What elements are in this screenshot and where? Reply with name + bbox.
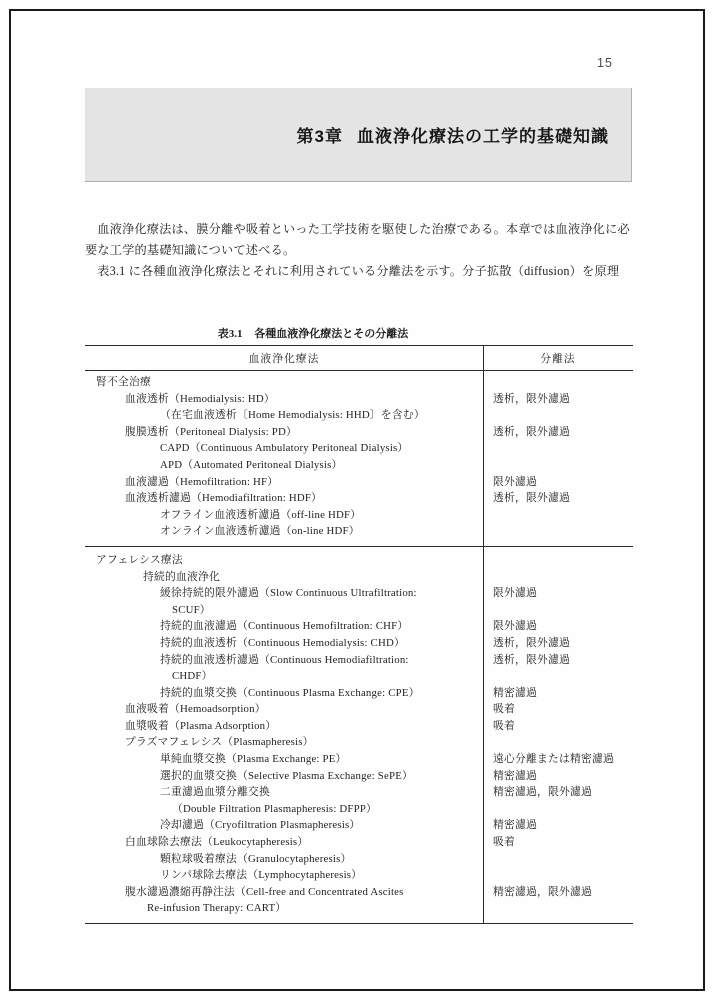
separation-method-cell — [483, 734, 633, 751]
table-row: 冷却濾過（Cryofiltration Plasmapheresis）精密濾過 — [85, 817, 633, 834]
separation-method-cell — [483, 668, 633, 685]
paragraph-line: 血液浄化療法は、膜分離や吸着といった工学技術を駆使した治療である。本章では血液浄… — [85, 219, 637, 240]
table-row: オフライン血液透析濾過（off-line HDF） — [85, 507, 633, 524]
table-row: 血液吸着（Hemoadsorption）吸着 — [85, 701, 633, 718]
therapy-cell: 単純血漿交換（Plasma Exchange: PE） — [85, 751, 483, 768]
therapy-cell: 持続的血漿交換（Continuous Plasma Exchange: CPE） — [85, 685, 483, 702]
chapter-label: 第3章 — [297, 122, 343, 147]
therapy-cell: APD（Automated Peritoneal Dialysis） — [85, 457, 483, 474]
therapy-cell: Re-infusion Therapy: CART） — [85, 900, 483, 917]
therapy-cell: 血漿吸着（Plasma Adsorption） — [85, 718, 483, 735]
table-row: 持続的血液透析濾過（Continuous Hemodiafiltration:透… — [85, 652, 633, 669]
table-row: 腹膜透析（Peritoneal Dialysis: PD）透析，限外濾過 — [85, 424, 633, 441]
therapy-cell: 腹水濾過濃縮再静注法（Cell-free and Concentrated As… — [85, 884, 483, 901]
page-number: 15 — [597, 56, 613, 70]
separation-method-cell: 精密濾過 — [483, 817, 633, 834]
separation-method-cell — [483, 569, 633, 586]
table-row: SCUF） — [85, 602, 633, 619]
table-row: 持続的血漿交換（Continuous Plasma Exchange: CPE）… — [85, 685, 633, 702]
therapy-cell: 持続的血液濾過（Continuous Hemofiltration: CHF） — [85, 618, 483, 635]
therapy-cell: 白血球除去療法（Leukocytapheresis） — [85, 834, 483, 851]
table-row: 血液透析（Hemodialysis: HD）透析，限外濾過 — [85, 391, 633, 408]
separation-method-cell — [483, 851, 633, 868]
therapy-cell: 血液透析（Hemodialysis: HD） — [85, 391, 483, 408]
table-row: 血液透析濾過（Hemodiafiltration: HDF）透析，限外濾過 — [85, 490, 633, 507]
therapy-cell: 血液濾過（Hemofiltration: HF） — [85, 474, 483, 491]
table-caption: 表3.1 各種血液浄化療法とその分離法 — [85, 325, 541, 341]
therapy-cell: （在宅血液透析〔Home Hemodialysis: HHD〕を含む） — [85, 407, 483, 424]
separation-method-cell: 精密濾過，限外濾過 — [483, 784, 633, 801]
therapy-cell: 血液吸着（Hemoadsorption） — [85, 701, 483, 718]
separation-method-cell: 透析，限外濾過 — [483, 490, 633, 507]
therapy-cell: オンライン血液透析濾過（on-line HDF） — [85, 523, 483, 540]
table-row: （Double Filtration Plasmapheresis: DFPP） — [85, 801, 633, 818]
therapy-cell: リンパ球除去療法（Lymphocytapheresis） — [85, 867, 483, 884]
separation-method-cell — [483, 374, 633, 391]
therapy-cell: 腹膜透析（Peritoneal Dialysis: PD） — [85, 424, 483, 441]
separation-method-cell — [483, 602, 633, 619]
table-row: 選択的血漿交換（Selective Plasma Exchange: SePE）… — [85, 768, 633, 785]
table-row: 顆粒球吸着療法（Granulocytapheresis） — [85, 851, 633, 868]
separation-method-cell: 遠心分離または精密濾過 — [483, 751, 633, 768]
therapy-cell: アフェレシス療法 — [85, 552, 483, 569]
separation-method-cell: 限外濾過 — [483, 618, 633, 635]
therapy-cell: 持続的血液透析（Continuous Hemodialysis: CHD） — [85, 635, 483, 652]
therapy-cell: 選択的血漿交換（Selective Plasma Exchange: SePE） — [85, 768, 483, 785]
separation-method-cell — [483, 900, 633, 917]
therapy-cell: 血液透析濾過（Hemodiafiltration: HDF） — [85, 490, 483, 507]
separation-method-cell: 透析，限外濾過 — [483, 391, 633, 408]
table-row: アフェレシス療法 — [85, 547, 633, 569]
separation-method-cell — [483, 440, 633, 457]
chapter-header: 第3章 血液浄化療法の工学的基礎知識 — [85, 88, 632, 182]
separation-method-cell: 吸着 — [483, 834, 633, 851]
therapy-cell: 二重濾過血漿分離交換 — [85, 784, 483, 801]
table-row: リンパ球除去療法（Lymphocytapheresis） — [85, 867, 633, 884]
table-row: 血液濾過（Hemofiltration: HF）限外濾過 — [85, 474, 633, 491]
separation-method-cell: 精密濾過 — [483, 768, 633, 785]
separation-method-cell — [483, 523, 633, 540]
table-row: プラズマフェレシス（Plasmapheresis） — [85, 734, 633, 751]
table-row: （在宅血液透析〔Home Hemodialysis: HHD〕を含む） — [85, 407, 633, 424]
therapy-cell: 冷却濾過（Cryofiltration Plasmapheresis） — [85, 817, 483, 834]
table-header-row: 血液浄化療法 分離法 — [85, 346, 633, 371]
separation-method-cell: 精密濾過，限外濾過 — [483, 884, 633, 901]
separation-method-cell: 透析，限外濾過 — [483, 652, 633, 669]
separation-method-cell: 吸着 — [483, 701, 633, 718]
table-row: Re-infusion Therapy: CART） — [85, 900, 633, 917]
table-row: 持続的血液濾過（Continuous Hemofiltration: CHF）限… — [85, 618, 633, 635]
therapy-cell: 緩徐持続的限外濾過（Slow Continuous Ultrafiltratio… — [85, 585, 483, 602]
therapy-cell: CHDF） — [85, 668, 483, 685]
column-header-therapy: 血液浄化療法 — [85, 351, 483, 366]
separation-method-cell — [483, 507, 633, 524]
table-row: 腎不全治療 — [85, 374, 633, 391]
therapy-cell: 腎不全治療 — [85, 374, 483, 391]
table-row: 腹水濾過濃縮再静注法（Cell-free and Concentrated As… — [85, 884, 633, 901]
table-row: 単純血漿交換（Plasma Exchange: PE）遠心分離または精密濾過 — [85, 751, 633, 768]
intro-paragraphs: 血液浄化療法は、膜分離や吸着といった工学技術を駆使した治療である。本章では血液浄… — [85, 219, 637, 282]
separation-method-cell — [483, 552, 633, 569]
separation-method-cell — [483, 801, 633, 818]
table-row: 持続的血液浄化 — [85, 569, 633, 586]
paragraph-line: 要な工学的基礎知識について述べる。 — [85, 240, 637, 261]
therapy-cell: CAPD（Continuous Ambulatory Peritoneal Di… — [85, 440, 483, 457]
chapter-title: 血液浄化療法の工学的基礎知識 — [357, 122, 609, 147]
therapy-cell: 顆粒球吸着療法（Granulocytapheresis） — [85, 851, 483, 868]
therapy-cell: 持続的血液浄化 — [85, 569, 483, 586]
separation-method-cell: 限外濾過 — [483, 585, 633, 602]
table-row: 血漿吸着（Plasma Adsorption）吸着 — [85, 718, 633, 735]
table-row: APD（Automated Peritoneal Dialysis） — [85, 457, 633, 474]
separation-method-cell — [483, 867, 633, 884]
table-row: 持続的血液透析（Continuous Hemodialysis: CHD）透析，… — [85, 635, 633, 652]
table-row: オンライン血液透析濾過（on-line HDF） — [85, 523, 633, 547]
table-row: 二重濾過血漿分離交換精密濾過，限外濾過 — [85, 784, 633, 801]
table-column-divider — [483, 346, 484, 923]
separation-method-cell: 透析，限外濾過 — [483, 424, 633, 441]
table-row: CAPD（Continuous Ambulatory Peritoneal Di… — [85, 440, 633, 457]
separation-method-cell: 精密濾過 — [483, 685, 633, 702]
table-row: 白血球除去療法（Leukocytapheresis）吸着 — [85, 834, 633, 851]
therapy-cell: オフライン血液透析濾過（off-line HDF） — [85, 507, 483, 524]
therapy-cell: （Double Filtration Plasmapheresis: DFPP） — [85, 801, 483, 818]
paragraph-line: 表3.1 に各種血液浄化療法とそれに利用されている分離法を示す。分子拡散（dif… — [85, 261, 637, 282]
therapy-table: 血液浄化療法 分離法 腎不全治療血液透析（Hemodialysis: HD）透析… — [85, 345, 633, 924]
separation-method-cell — [483, 457, 633, 474]
table-caption-text: 各種血液浄化療法とその分離法 — [254, 328, 408, 340]
separation-method-cell: 限外濾過 — [483, 474, 633, 491]
table-row: CHDF） — [85, 668, 633, 685]
column-header-separation: 分離法 — [483, 351, 633, 366]
separation-method-cell: 透析，限外濾過 — [483, 635, 633, 652]
separation-method-cell — [483, 407, 633, 424]
table-caption-label: 表3.1 — [218, 328, 243, 340]
book-page: 15 第3章 血液浄化療法の工学的基礎知識 血液浄化療法は、膜分離や吸着といった… — [0, 0, 714, 1000]
therapy-cell: プラズマフェレシス（Plasmapheresis） — [85, 734, 483, 751]
therapy-cell: 持続的血液透析濾過（Continuous Hemodiafiltration: — [85, 652, 483, 669]
table-body: 腎不全治療血液透析（Hemodialysis: HD）透析，限外濾過（在宅血液透… — [85, 371, 633, 923]
table-row: 緩徐持続的限外濾過（Slow Continuous Ultrafiltratio… — [85, 585, 633, 602]
therapy-cell: SCUF） — [85, 602, 483, 619]
separation-method-cell: 吸着 — [483, 718, 633, 735]
